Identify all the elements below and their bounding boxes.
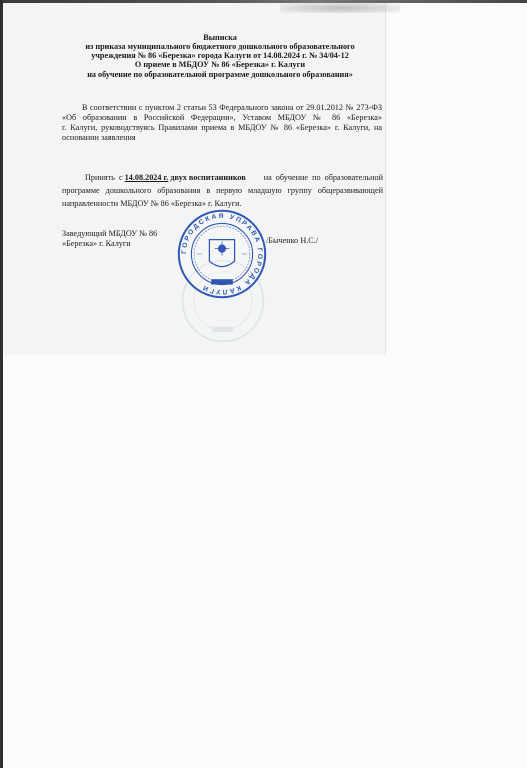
signatory-position-1: Заведующий МБДОУ № 86 — [62, 229, 157, 239]
official-stamp: ГОРОДСКАЯ УПРАВА ГОРОДА КАЛУГИ — [177, 209, 267, 299]
order-line-2: программе дошкольного образования в перв… — [62, 186, 383, 196]
document-page: Выписка из приказа муниципального бюджет… — [0, 0, 527, 768]
header-line-3: О приеме в МБДОУ № 86 «Березка» г. Калуг… — [40, 60, 400, 70]
order-date: 14.08.2024 г. — [125, 173, 169, 183]
basis-line-1: В соответствии с пунктом 2 статьи 53 Фед… — [82, 103, 382, 113]
basis-line-2: «Об образовании в Российской Федерации»,… — [62, 113, 382, 123]
order-line-3: направленности МБДОУ № 86 «Березка» г. К… — [62, 199, 242, 209]
signatory-position-2: «Березка» г. Калуги — [62, 239, 131, 249]
basis-line-3: г. Калуги, руководствуясь Правилами прие… — [62, 123, 382, 133]
header-line-4: на обучение по образовательной программе… — [40, 70, 400, 80]
order-line-1-rest: на обучение по образовательной — [246, 173, 383, 183]
order-prefix: Принять с — [85, 173, 125, 183]
signatory-name: /Быченко Н.С./ — [266, 236, 318, 245]
order-line-1: Принять с 14.08.2024 г. двух воспитанник… — [85, 173, 383, 183]
basis-line-4: основании заявления — [62, 133, 136, 143]
order-subject: двух воспитанников — [170, 173, 245, 183]
